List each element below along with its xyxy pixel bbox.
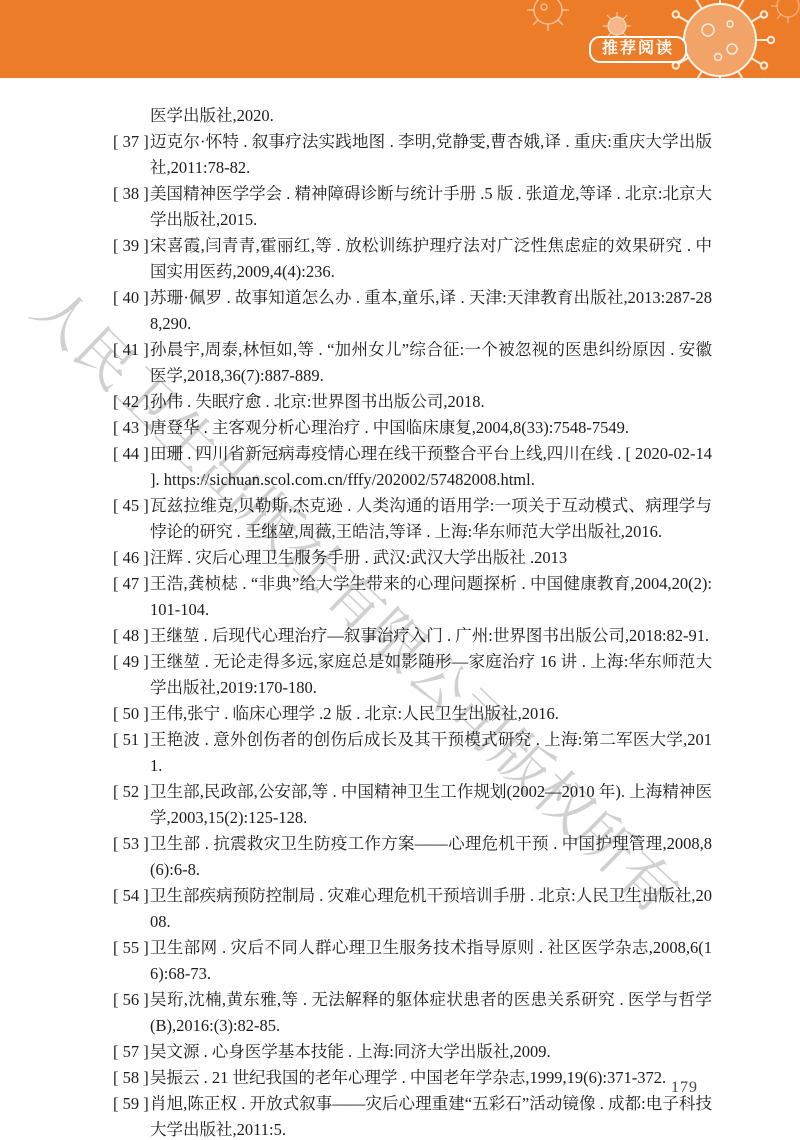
reference-number: [ 48 ] <box>113 623 150 649</box>
reference-text: 宋喜霞,闫青青,霍丽红,等 . 放松训练护理疗法对广泛性焦虑症的效果研究 . 中… <box>150 233 712 285</box>
reference-text: 肖旭,陈正权 . 开放式叙事——灾后心理重建“五彩石”活动镜像 . 成都:电子科… <box>150 1091 712 1140</box>
reference-number: [ 45 ] <box>113 493 150 519</box>
reference-text: 王伟,张宁 . 临床心理学 .2 版 . 北京:人民卫生出版社,2016. <box>150 701 712 727</box>
reference-number: [ 54 ] <box>113 883 150 909</box>
reference-item: [ 48 ] 王继堃 . 后现代心理治疗—叙事治疗入门 . 广州:世界图书出版公… <box>113 623 712 649</box>
reference-number: [ 40 ] <box>113 285 150 311</box>
reference-number: [ 37 ] <box>113 129 150 155</box>
reference-item: 医学出版社,2020. <box>113 103 712 129</box>
reference-item: [ 52 ] 卫生部,民政部,公安部,等 . 中国精神卫生工作规划(2002—2… <box>113 779 712 831</box>
reference-text: 王浩,龚桢梽 . “非典”给大学生带来的心理问题探析 . 中国健康教育,2004… <box>150 571 712 623</box>
page-number: 179 <box>671 1079 698 1097</box>
reference-text: 迈克尔·怀特 . 叙事疗法实践地图 . 李明,党静雯,曹杏娥,译 . 重庆:重庆… <box>150 129 712 181</box>
reference-text: 卫生部 . 抗震救灾卫生防疫工作方案——心理危机干预 . 中国护理管理,2008… <box>150 831 712 883</box>
reference-text: 卫生部网 . 灾后不同人群心理卫生服务技术指导原则 . 社区医学杂志,2008,… <box>150 935 712 987</box>
reference-item: [ 39 ] 宋喜霞,闫青青,霍丽红,等 . 放松训练护理疗法对广泛性焦虑症的效… <box>113 233 712 285</box>
reference-item: [ 49 ] 王继堃 . 无论走得多远,家庭总是如影随形—家庭治疗 16 讲 .… <box>113 649 712 701</box>
reference-number: [ 44 ] <box>113 441 150 467</box>
reference-item: [ 58 ] 吴振云 . 21 世纪我国的老年心理学 . 中国老年学杂志,199… <box>113 1065 712 1091</box>
reference-text: 田珊 . 四川省新冠病毒疫情心理在线干预整合平台上线,四川在线 . [ 2020… <box>150 441 712 493</box>
reference-text: 汪辉 . 灾后心理卫生服务手册 . 武汉:武汉大学出版社 .2013 <box>150 545 712 571</box>
reference-number: [ 51 ] <box>113 727 150 753</box>
reference-item: [ 37 ] 迈克尔·怀特 . 叙事疗法实践地图 . 李明,党静雯,曹杏娥,译 … <box>113 129 712 181</box>
reference-item: [ 45 ] 瓦兹拉维克,贝勒斯,杰克逊 . 人类沟通的语用学:一项关于互动模式… <box>113 493 712 545</box>
reference-item: [ 50 ] 王伟,张宁 . 临床心理学 .2 版 . 北京:人民卫生出版社,2… <box>113 701 712 727</box>
reference-item: [ 54 ] 卫生部疾病预防控制局 . 灾难心理危机干预培训手册 . 北京:人民… <box>113 883 712 935</box>
reference-text: 唐登华 . 主客观分析心理治疗 . 中国临床康复,2004,8(33):7548… <box>150 415 712 441</box>
reference-number: [ 59 ] <box>113 1091 150 1117</box>
reference-item: [ 56 ] 吴珩,沈楠,黄东雅,等 . 无法解释的躯体症状患者的医患关系研究 … <box>113 987 712 1039</box>
reference-number: [ 57 ] <box>113 1039 150 1065</box>
reference-number: [ 42 ] <box>113 389 150 415</box>
reference-text: 卫生部,民政部,公安部,等 . 中国精神卫生工作规划(2002—2010 年).… <box>150 779 712 831</box>
reference-number: [ 58 ] <box>113 1065 150 1091</box>
reference-text: 卫生部疾病预防控制局 . 灾难心理危机干预培训手册 . 北京:人民卫生出版社,2… <box>150 883 712 935</box>
reference-number: [ 47 ] <box>113 571 150 597</box>
reference-number: [ 50 ] <box>113 701 150 727</box>
reference-text: 医学出版社,2020. <box>150 103 712 129</box>
reference-item: [ 44 ] 田珊 . 四川省新冠病毒疫情心理在线干预整合平台上线,四川在线 .… <box>113 441 712 493</box>
recommended-reading-badge: 推荐阅读 <box>589 36 687 63</box>
reference-text: 吴珩,沈楠,黄东雅,等 . 无法解释的躯体症状患者的医患关系研究 . 医学与哲学… <box>150 987 712 1039</box>
reference-text: 美国精神医学学会 . 精神障碍诊断与统计手册 .5 版 . 张道龙,等译 . 北… <box>150 181 712 233</box>
reference-text: 吴文源 . 心身医学基本技能 . 上海:同济大学出版社,2009. <box>150 1039 712 1065</box>
reference-item: [ 55 ] 卫生部网 . 灾后不同人群心理卫生服务技术指导原则 . 社区医学杂… <box>113 935 712 987</box>
reference-item: [ 47 ] 王浩,龚桢梽 . “非典”给大学生带来的心理问题探析 . 中国健康… <box>113 571 712 623</box>
reference-text: 王继堃 . 无论走得多远,家庭总是如影随形—家庭治疗 16 讲 . 上海:华东师… <box>150 649 712 701</box>
reference-list: 医学出版社,2020. [ 37 ] 迈克尔·怀特 . 叙事疗法实践地图 . 李… <box>113 103 712 1140</box>
reference-text: 孙伟 . 失眠疗愈 . 北京:世界图书出版公司,2018. <box>150 389 712 415</box>
reference-number: [ 38 ] <box>113 181 150 207</box>
reference-item: [ 46 ] 汪辉 . 灾后心理卫生服务手册 . 武汉:武汉大学出版社 .201… <box>113 545 712 571</box>
reference-number: [ 56 ] <box>113 987 150 1013</box>
reference-number: [ 43 ] <box>113 415 150 441</box>
reference-number: [ 52 ] <box>113 779 150 805</box>
reference-text: 吴振云 . 21 世纪我国的老年心理学 . 中国老年学杂志,1999,19(6)… <box>150 1065 712 1091</box>
reference-number: [ 53 ] <box>113 831 150 857</box>
reference-text: 苏珊·佩罗 . 故事知道怎么办 . 重本,童乐,译 . 天津:天津教育出版社,2… <box>150 285 712 337</box>
reference-item: [ 57 ] 吴文源 . 心身医学基本技能 . 上海:同济大学出版社,2009. <box>113 1039 712 1065</box>
reference-number: [ 41 ] <box>113 337 150 363</box>
reference-item: [ 38 ] 美国精神医学学会 . 精神障碍诊断与统计手册 .5 版 . 张道龙… <box>113 181 712 233</box>
reference-text: 瓦兹拉维克,贝勒斯,杰克逊 . 人类沟通的语用学:一项关于互动模式、病理学与悖论… <box>150 493 712 545</box>
reference-item: [ 59 ] 肖旭,陈正权 . 开放式叙事——灾后心理重建“五彩石”活动镜像 .… <box>113 1091 712 1140</box>
reference-text: 王继堃 . 后现代心理治疗—叙事治疗入门 . 广州:世界图书出版公司,2018:… <box>150 623 712 649</box>
reference-item: [ 53 ] 卫生部 . 抗震救灾卫生防疫工作方案——心理危机干预 . 中国护理… <box>113 831 712 883</box>
reference-number: [ 49 ] <box>113 649 150 675</box>
reference-text: 王艳波 . 意外创伤者的创伤后成长及其干预模式研究 . 上海:第二军医大学,20… <box>150 727 712 779</box>
reference-item: [ 51 ] 王艳波 . 意外创伤者的创伤后成长及其干预模式研究 . 上海:第二… <box>113 727 712 779</box>
reference-number: [ 55 ] <box>113 935 150 961</box>
reference-text: 孙晨宇,周泰,林恒如,等 . “加州女儿”综合征:一个被忽视的医患纠纷原因 . … <box>150 337 712 389</box>
reference-number: [ 39 ] <box>113 233 150 259</box>
reference-item: [ 43 ] 唐登华 . 主客观分析心理治疗 . 中国临床康复,2004,8(3… <box>113 415 712 441</box>
reference-item: [ 42 ] 孙伟 . 失眠疗愈 . 北京:世界图书出版公司,2018. <box>113 389 712 415</box>
book-page: 推荐阅读 人民卫生出版社有限公司版权所有 医学出版社,2020. [ 37 ] … <box>0 0 800 1140</box>
reference-item: [ 40 ] 苏珊·佩罗 . 故事知道怎么办 . 重本,童乐,译 . 天津:天津… <box>113 285 712 337</box>
reference-item: [ 41 ] 孙晨宇,周泰,林恒如,等 . “加州女儿”综合征:一个被忽视的医患… <box>113 337 712 389</box>
reference-number: [ 46 ] <box>113 545 150 571</box>
